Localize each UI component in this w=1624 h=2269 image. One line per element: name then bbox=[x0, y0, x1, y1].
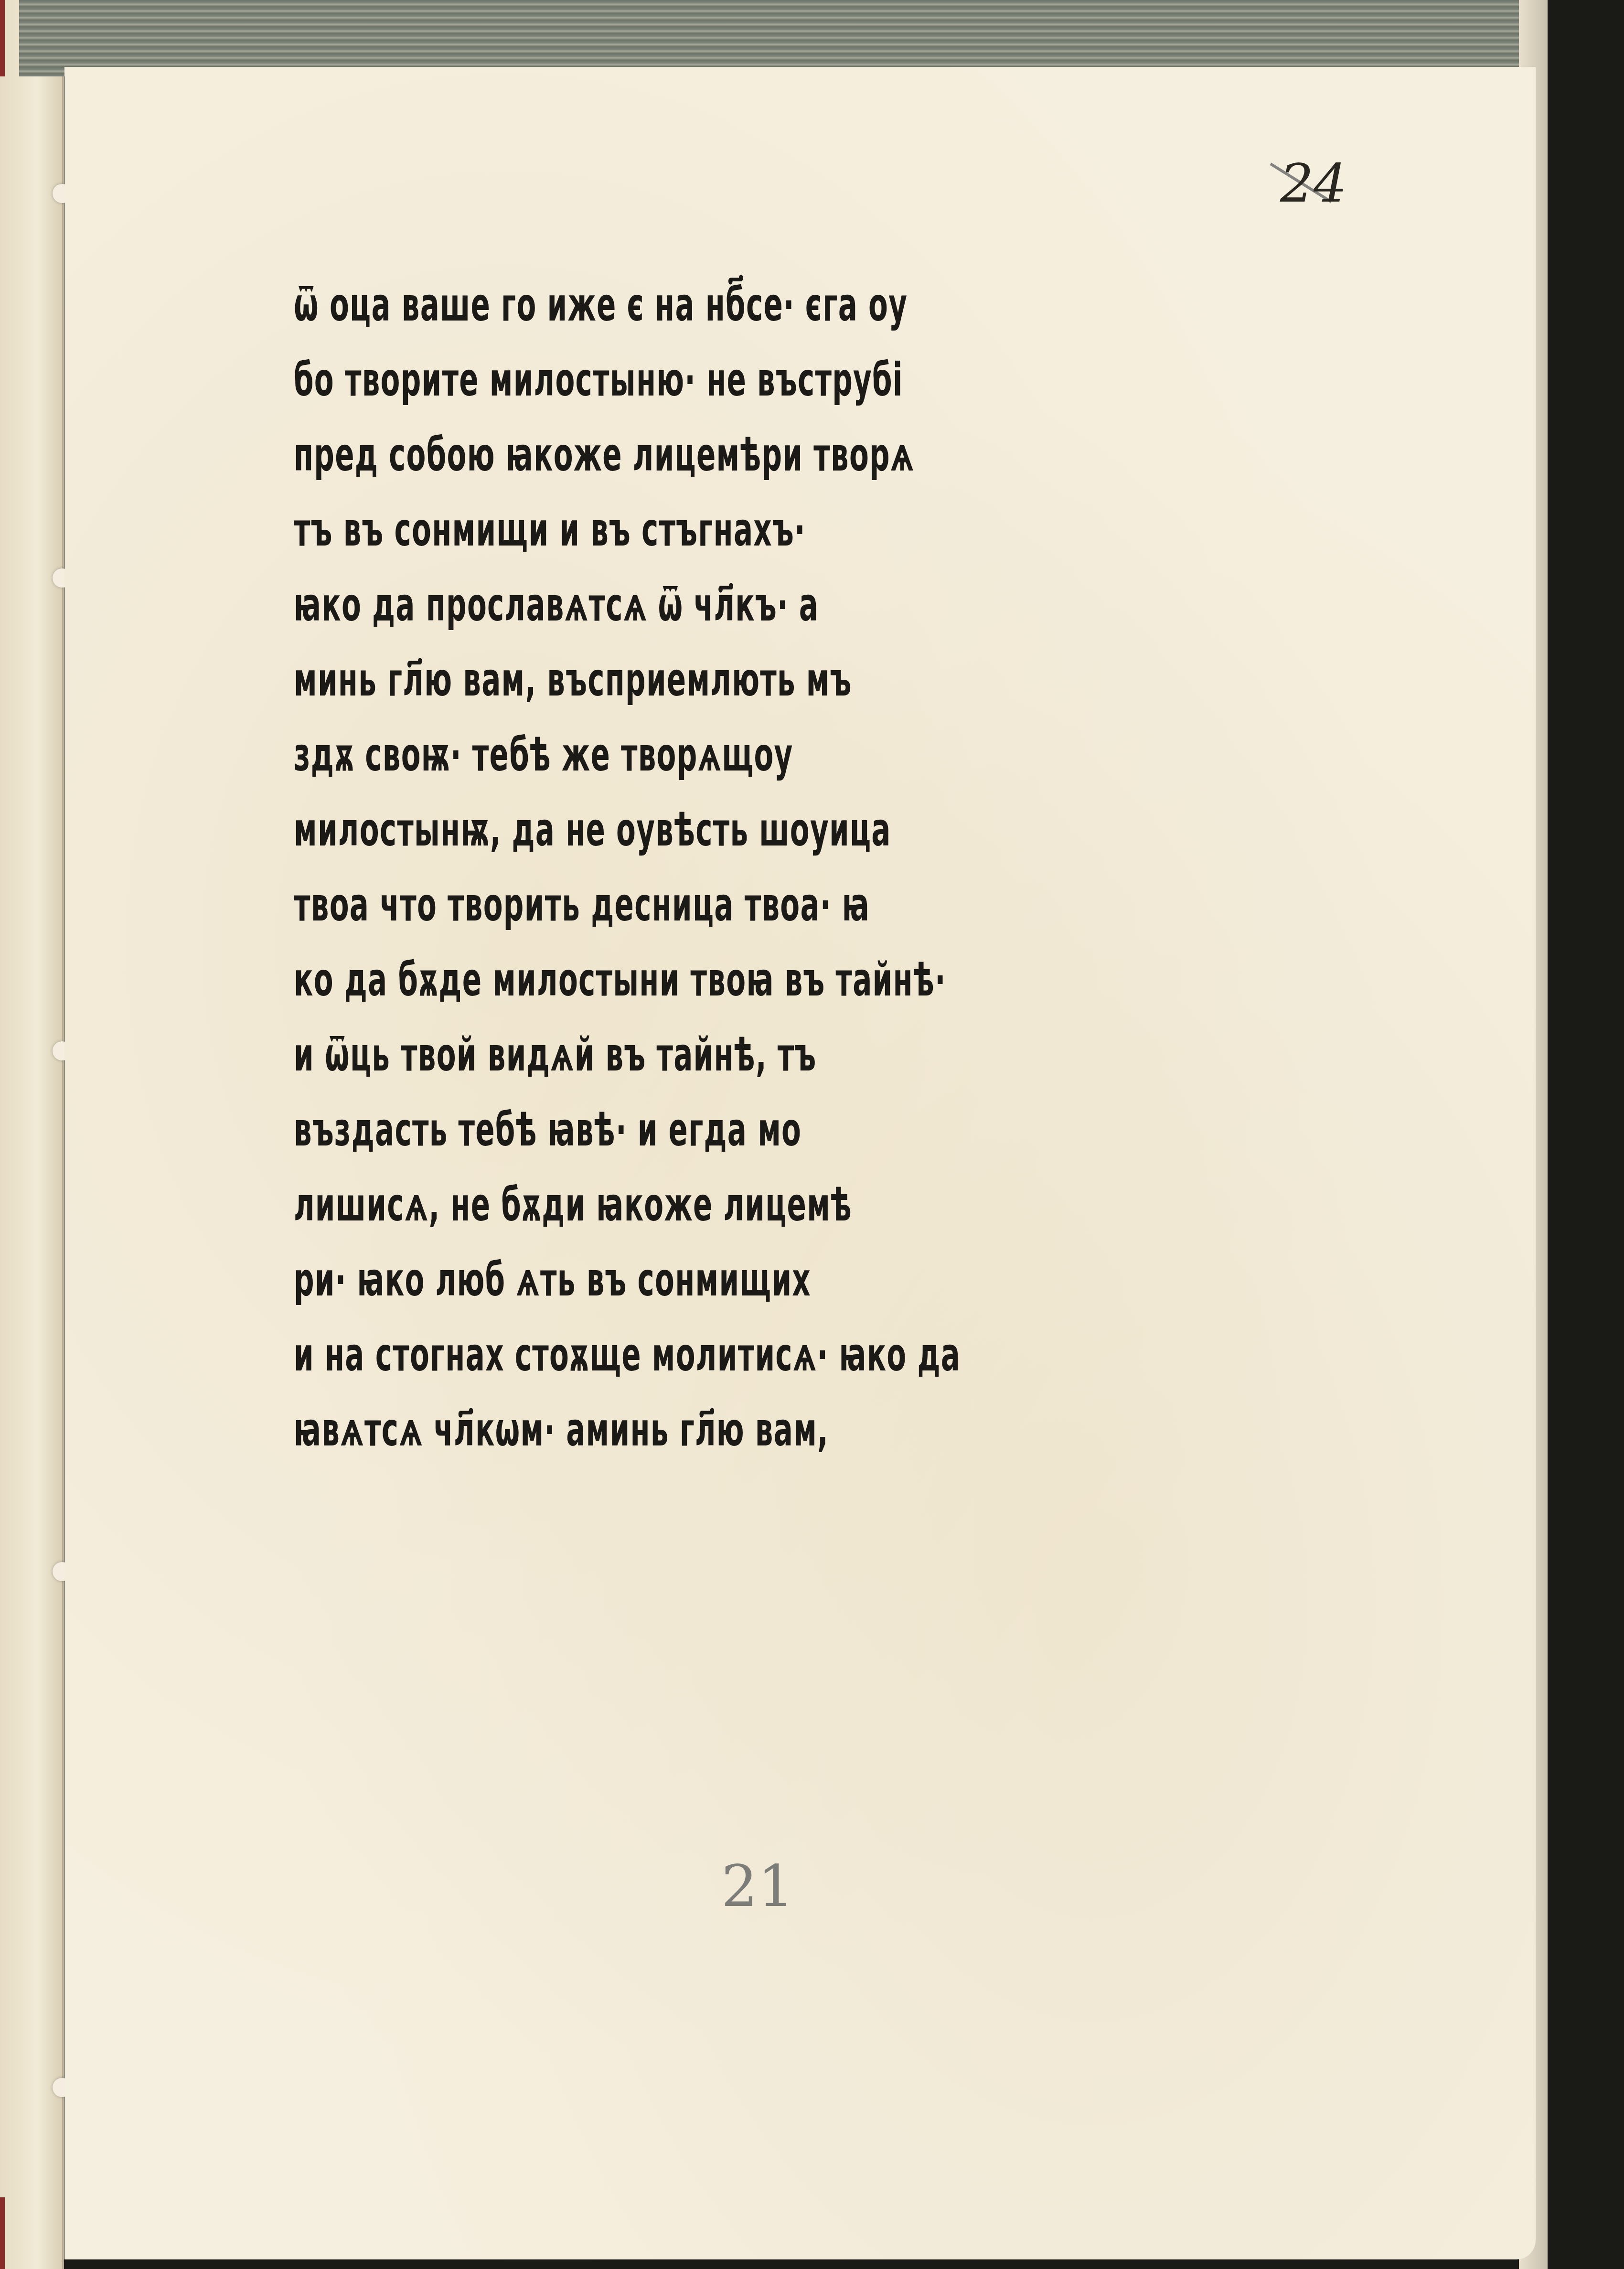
binding-thread-top bbox=[0, 0, 5, 76]
text-line: лишисѧ, не бѫди ꙗкоже лицемѣ bbox=[294, 1167, 856, 1242]
text-line: ꙗко да прославѧтсѧ ѿ чл҃къ· а bbox=[294, 567, 856, 642]
left-page-edge bbox=[0, 0, 64, 2269]
text-line: и на стогнах стоѫще молитисѧ· ꙗко да bbox=[294, 1317, 856, 1392]
text-line: ѿ оца ваше го иже є на нб҃се· єга оу bbox=[294, 268, 856, 342]
text-line: тъ въ сонмищи и въ стъгнахъ· bbox=[294, 492, 856, 567]
text-line: минь гл҃ю вам, въсприемлють мъ bbox=[294, 642, 856, 717]
text-line: въздасть тебѣ ꙗвѣ· и егда мо bbox=[294, 1092, 856, 1167]
text-line: милостынѭ, да не оувѣсть шоуица bbox=[294, 792, 856, 867]
text-line: ко да бѫде милостыни твоꙗ въ тайнѣ· bbox=[294, 942, 856, 1017]
folio-number-pencil: 21 bbox=[721, 1853, 794, 1920]
page-edges-top bbox=[19, 0, 1548, 76]
manuscript-text: ѿ оца ваше го иже є на нб҃се· єга оу бо … bbox=[294, 268, 1201, 1467]
text-line: и ѿць твой видѧй въ тайнѣ, тъ bbox=[294, 1017, 856, 1092]
folio-number-ink: 24 bbox=[1280, 153, 1347, 214]
text-line: ꙗвѧтсѧ чл҃кѡм· аминь гл҃ю вам, bbox=[294, 1392, 856, 1467]
text-line: бо творите милостыню· не въструбі bbox=[294, 342, 856, 417]
text-line: пред собою ꙗкоже лицемѣри творѧ bbox=[294, 417, 856, 492]
text-line: ри· ꙗко люб ѧть въ сонмищих bbox=[294, 1242, 856, 1317]
text-line: твоа что творить десница твоа· ꙗ bbox=[294, 867, 856, 942]
text-line: здѫ своѭ· тебѣ же творѧщоу bbox=[294, 717, 856, 792]
binding-thread-bottom bbox=[0, 2197, 5, 2269]
